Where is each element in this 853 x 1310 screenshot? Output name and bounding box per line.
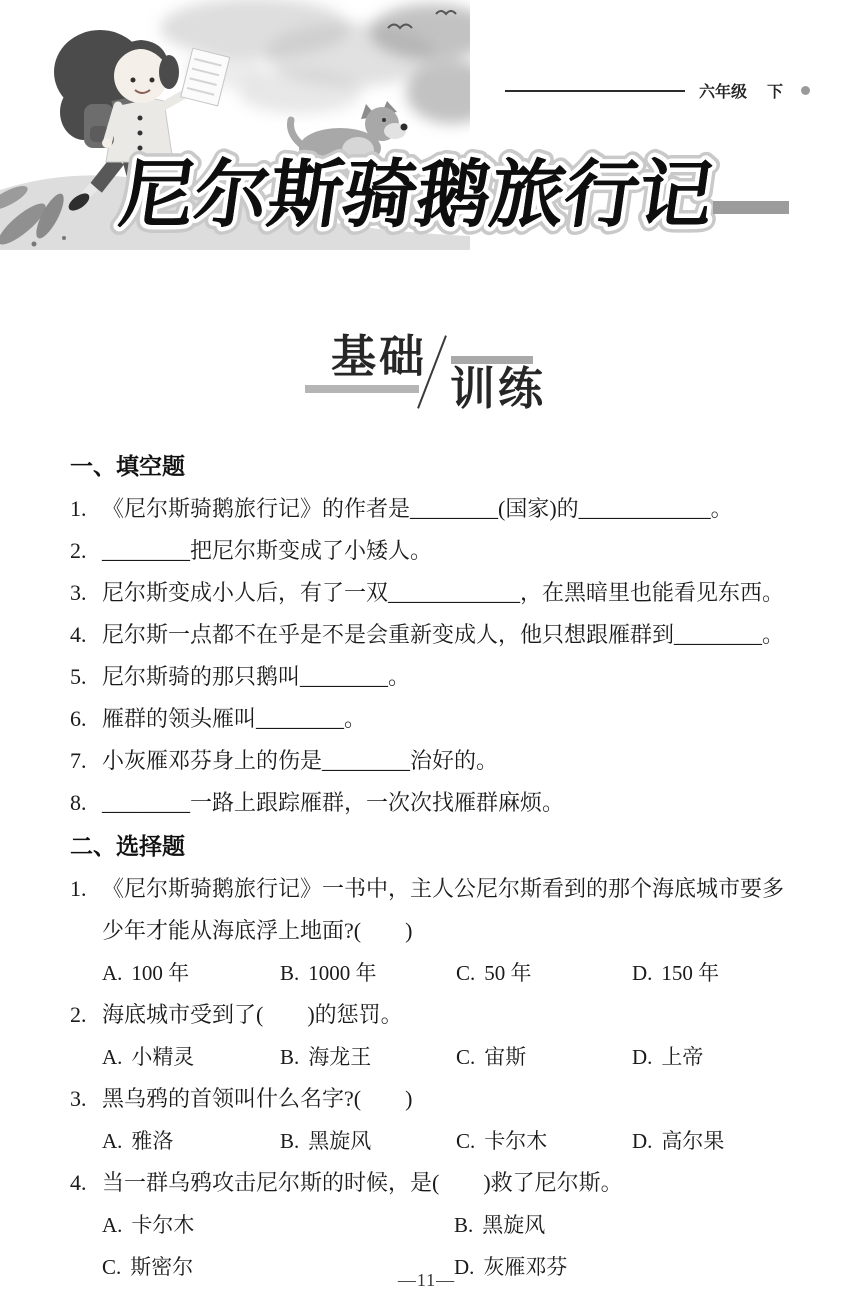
option-label: A. <box>102 1213 122 1237</box>
fill-question: 3. 尼尔斯变成小人后，有了一双____________，在黑暗里也能看见东西。 <box>70 572 794 614</box>
question-text: 雁群的领头雁叫________。 <box>102 698 794 740</box>
choice-question: 1. 《尼尔斯骑鹅旅行记》一书中，主人公尼尔斯看到的那个海底城市要多少年才能从海… <box>70 868 794 952</box>
option: B.1000 年 <box>280 952 456 994</box>
grade-divider-line <box>505 90 685 92</box>
option-text: 卡尔木 <box>484 1129 547 1153</box>
option: C.卡尔木 <box>456 1120 632 1162</box>
question-number: 2. <box>70 994 102 1036</box>
option-label: B. <box>280 1129 299 1153</box>
title-accent-bar <box>713 201 789 214</box>
grade-label-text: 六年级 <box>699 79 747 102</box>
grade-label: 六年级 下 <box>699 79 783 102</box>
question-text: 尼尔斯一点都不在乎是不是会重新变成人，他只想跟雁群到________。 <box>102 614 794 656</box>
question-text: 尼尔斯骑的那只鹅叫________。 <box>102 656 794 698</box>
question-text: 海底城市受到了( )的惩罚。 <box>102 994 794 1036</box>
question-text: 尼尔斯变成小人后，有了一双____________，在黑暗里也能看见东西。 <box>102 572 794 614</box>
fill-question: 4. 尼尔斯一点都不在乎是不是会重新变成人，他只想跟雁群到________。 <box>70 614 794 656</box>
option: D.上帝 <box>632 1036 794 1078</box>
option: A.100 年 <box>102 952 280 994</box>
option-label: D. <box>632 1045 652 1069</box>
option-label: C. <box>456 1129 475 1153</box>
options-row: A.100 年 B.1000 年 C.50 年 D.150 年 <box>102 952 794 994</box>
option-text: 宙斯 <box>484 1045 526 1069</box>
option-label: A. <box>102 1129 122 1153</box>
question-number: 3. <box>70 1078 102 1120</box>
option-label: A. <box>102 961 122 985</box>
question-number: 7. <box>70 740 102 782</box>
grade-dot-icon <box>801 86 810 95</box>
term-label-text: 下 <box>767 79 783 102</box>
option-text: 50 年 <box>484 961 531 985</box>
banner-right-text: 训练 <box>450 367 546 412</box>
choice-question: 2. 海底城市受到了( )的惩罚。 <box>70 994 794 1036</box>
question-number: 3. <box>70 572 102 614</box>
option-text: 150 年 <box>661 961 719 985</box>
option-text: 黑旋风 <box>482 1213 545 1237</box>
option-text: 卡尔木 <box>131 1213 194 1237</box>
page-title: 尼尔斯骑鹅旅行记 尼尔斯骑鹅旅行记 尼尔斯骑鹅旅行记 <box>98 130 808 248</box>
question-number: 8. <box>70 782 102 824</box>
question-text: ________一路上跟踪雁群，一次次找雁群麻烦。 <box>102 782 794 824</box>
question-number: 1. <box>70 868 102 952</box>
question-number: 4. <box>70 614 102 656</box>
option: A.卡尔木 <box>102 1204 454 1246</box>
question-text: 《尼尔斯骑鹅旅行记》一书中，主人公尼尔斯看到的那个海底城市要多少年才能从海底浮上… <box>102 868 794 952</box>
option-text: 1000 年 <box>308 961 376 985</box>
question-text: ________把尼尔斯变成了小矮人。 <box>102 530 794 572</box>
question-number: 6. <box>70 698 102 740</box>
question-text: 黑乌鸦的首领叫什么名字?( ) <box>102 1078 794 1120</box>
option: B.黑旋风 <box>454 1204 794 1246</box>
workbook-page: 六年级 下 尼尔斯骑鹅旅行记 尼尔斯骑鹅旅行记 尼尔斯骑鹅旅行记 基础 训练 一… <box>0 0 853 1310</box>
option-text: 海龙王 <box>308 1045 371 1069</box>
choice-section-heading: 二、选择题 <box>70 824 794 868</box>
fill-question: 2. ________把尼尔斯变成了小矮人。 <box>70 530 794 572</box>
option: C.50 年 <box>456 952 632 994</box>
question-number: 1. <box>70 488 102 530</box>
options-row: A.小精灵 B.海龙王 C.宙斯 D.上帝 <box>102 1036 794 1078</box>
option: A.小精灵 <box>102 1036 280 1078</box>
question-text: 当一群乌鸦攻击尼尔斯的时候，是( )救了尼尔斯。 <box>102 1162 794 1204</box>
choice-question: 3. 黑乌鸦的首领叫什么名字?( ) <box>70 1078 794 1120</box>
fill-question: 1. 《尼尔斯骑鹅旅行记》的作者是________(国家)的__________… <box>70 488 794 530</box>
option-label: A. <box>102 1045 122 1069</box>
option-label: C. <box>456 961 475 985</box>
question-number: 5. <box>70 656 102 698</box>
fill-question: 6. 雁群的领头雁叫________。 <box>70 698 794 740</box>
question-number: 4. <box>70 1162 102 1204</box>
option-text: 100 年 <box>131 961 189 985</box>
page-number: —11— <box>0 1270 853 1291</box>
banner-left-text: 基础 <box>331 335 427 380</box>
fill-question: 8. ________一路上跟踪雁群，一次次找雁群麻烦。 <box>70 782 794 824</box>
questions-content: 一、填空题 1. 《尼尔斯骑鹅旅行记》的作者是________(国家)的____… <box>70 444 794 1288</box>
option-label: B. <box>454 1213 473 1237</box>
option-text: 上帝 <box>661 1045 703 1069</box>
option: B.海龙王 <box>280 1036 456 1078</box>
banner-bar-bottom <box>305 385 419 393</box>
fill-section-heading: 一、填空题 <box>70 444 794 488</box>
option-label: D. <box>632 961 652 985</box>
map <box>181 48 230 106</box>
option-label: D. <box>632 1129 652 1153</box>
option-label: B. <box>280 961 299 985</box>
option: A.雅洛 <box>102 1120 280 1162</box>
option-text: 雅洛 <box>131 1129 173 1153</box>
question-text: 小灰雁邓芬身上的伤是________治好的。 <box>102 740 794 782</box>
banner-bar-top <box>451 356 533 364</box>
option: B.黑旋风 <box>280 1120 456 1162</box>
option-text: 黑旋风 <box>308 1129 371 1153</box>
choice-question: 4. 当一群乌鸦攻击尼尔斯的时候，是( )救了尼尔斯。 <box>70 1162 794 1204</box>
option: D.150 年 <box>632 952 794 994</box>
question-number: 2. <box>70 530 102 572</box>
option-text: 小精灵 <box>131 1045 194 1069</box>
option-label: C. <box>456 1045 475 1069</box>
section-banner: 基础 训练 <box>303 328 555 420</box>
option-label: B. <box>280 1045 299 1069</box>
page-title-text: 尼尔斯骑鹅旅行记 <box>115 153 719 236</box>
fill-question: 5. 尼尔斯骑的那只鹅叫________。 <box>70 656 794 698</box>
fill-question: 7. 小灰雁邓芬身上的伤是________治好的。 <box>70 740 794 782</box>
grade-row: 六年级 下 <box>505 79 810 102</box>
option: C.宙斯 <box>456 1036 632 1078</box>
option: D.高尔果 <box>632 1120 794 1162</box>
option-text: 高尔果 <box>661 1129 724 1153</box>
options-row: A.雅洛 B.黑旋风 C.卡尔木 D.高尔果 <box>102 1120 794 1162</box>
question-text: 《尼尔斯骑鹅旅行记》的作者是________(国家)的____________。 <box>102 488 794 530</box>
